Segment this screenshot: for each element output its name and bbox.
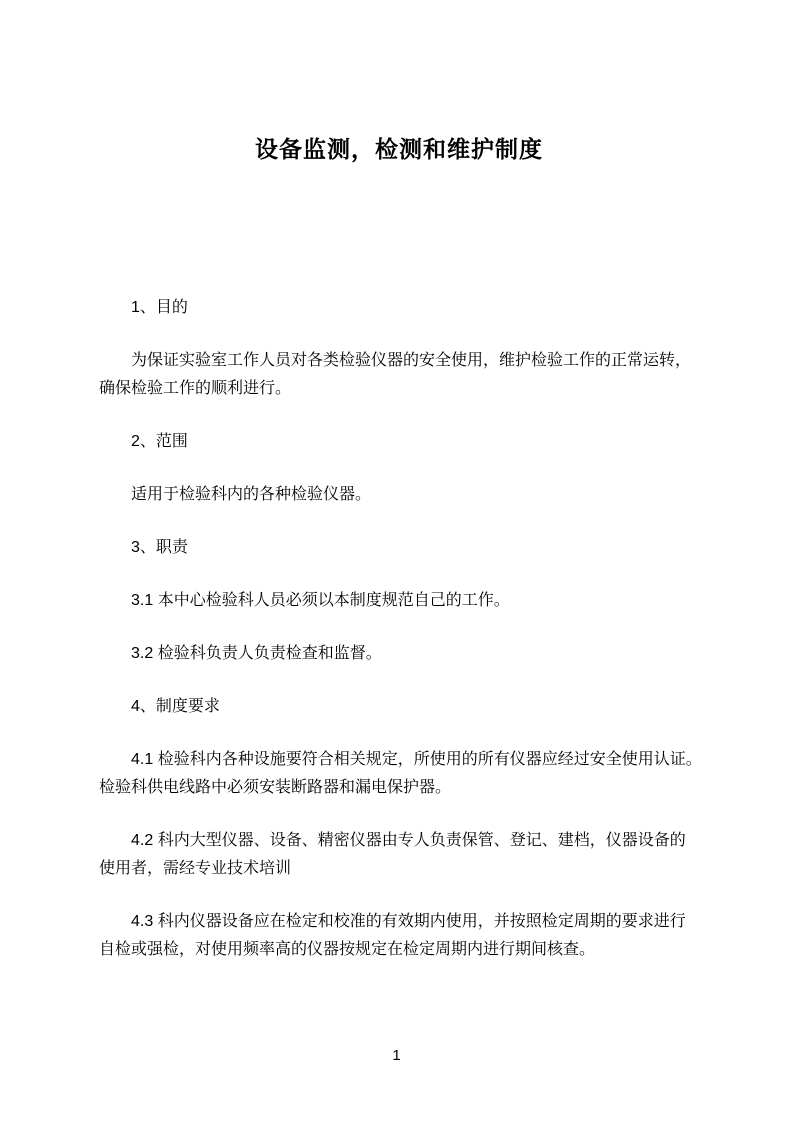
page-title: 设备监测，检测和维护制度 bbox=[99, 132, 699, 166]
doc-paragraph-responsibility-3-1: 3.1 本中心检验科人员必须以本制度规范自己的工作。 bbox=[99, 587, 699, 615]
doc-paragraph-scope: 适用于检验科内的各种检验仪器。 bbox=[99, 481, 699, 509]
section-heading-purpose: 1、目的 bbox=[99, 294, 699, 322]
doc-paragraph-requirement-4-2: 4.2 科内大型仪器、设备、精密仪器由专人负责保管、登记、建档，仪器设备的使用者… bbox=[99, 827, 699, 883]
document-page: 设备监测，检测和维护制度 1、目的 为保证实验室工作人员对各类检验仪器的安全使用… bbox=[0, 0, 793, 1122]
section-heading-scope: 2、范围 bbox=[99, 428, 699, 456]
section-heading-requirements: 4、制度要求 bbox=[99, 693, 699, 721]
document-body: 设备监测，检测和维护制度 1、目的 为保证实验室工作人员对各类检验仪器的安全使用… bbox=[99, 0, 699, 989]
doc-paragraph-purpose: 为保证实验室工作人员对各类检验仪器的安全使用，维护检验工作的正常运转，确保检验工… bbox=[99, 347, 699, 403]
doc-paragraph-requirement-4-1: 4.1 检验科内各种设施要符合相关规定，所使用的所有仪器应经过安全使用认证。检验… bbox=[99, 746, 713, 802]
doc-paragraph-responsibility-3-2: 3.2 检验科负责人负责检查和监督。 bbox=[99, 640, 699, 668]
doc-paragraph-requirement-4-3: 4.3 科内仪器设备应在检定和校准的有效期内使用，并按照检定周期的要求进行自检或… bbox=[99, 908, 699, 964]
section-heading-responsibility: 3、职责 bbox=[99, 534, 699, 562]
page-number: 1 bbox=[0, 1044, 793, 1068]
